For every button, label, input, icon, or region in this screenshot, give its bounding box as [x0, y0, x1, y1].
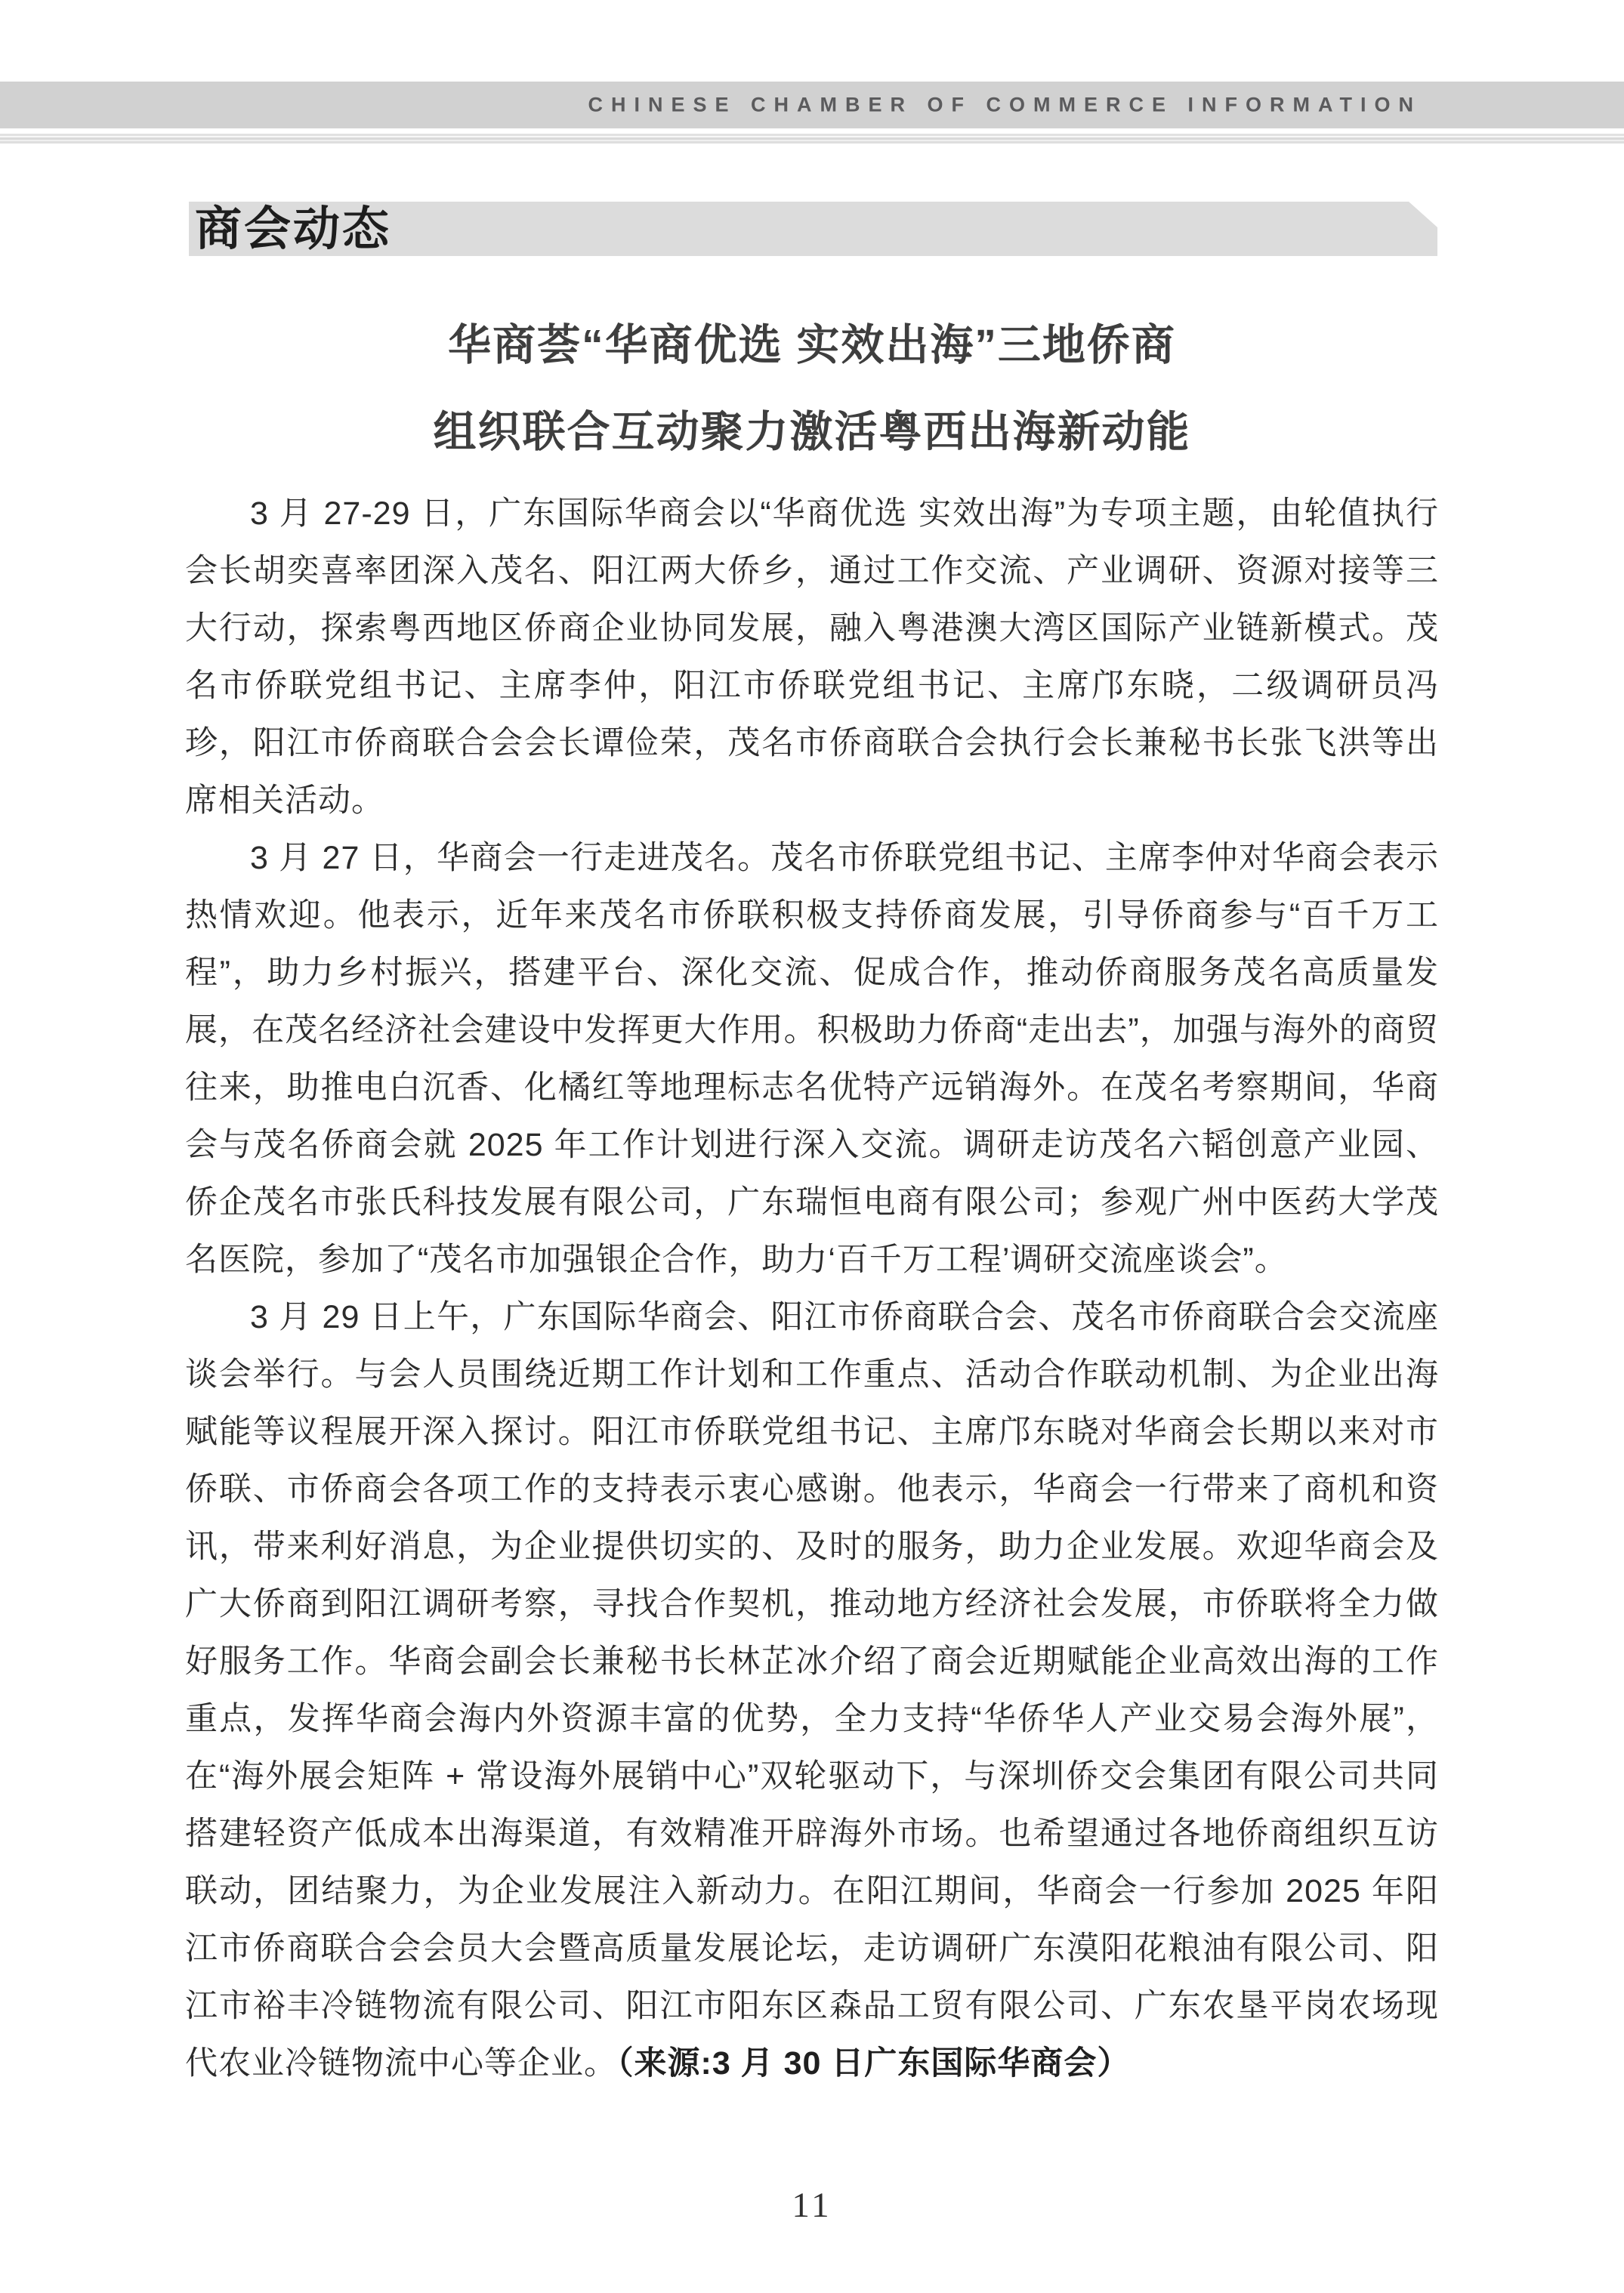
article-title: 华商荟“华商优选 实效出海”三地侨商 组织联合互动聚力激活粤西出海新动能 — [0, 302, 1624, 476]
article-title-line1: 华商荟“华商优选 实效出海”三地侨商 — [0, 302, 1624, 389]
article-source-note: （来源:3 月 30 日广东国际华商会） — [617, 2045, 1130, 2082]
section-banner: 商会动态 — [189, 202, 1437, 256]
paragraph-3: 3 月 29 日上午，广东国际华商会、阳江市侨商联合会、茂名市侨商联合会交流座谈… — [185, 1288, 1439, 2092]
page-number: 11 — [792, 2186, 832, 2225]
paragraph-3-text: 3 月 29 日上午，广东国际华商会、阳江市侨商联合会、茂名市侨商联合会交流座谈… — [185, 1299, 1439, 2082]
paragraph-2: 3 月 27 日，华商会一行走进茂名。茂名市侨联党组书记、主席李仲对华商会表示热… — [185, 829, 1439, 1288]
article-title-line2: 组织联合互动聚力激活粤西出海新动能 — [0, 389, 1624, 476]
paragraph-1: 3 月 27-29 日，广东国际华商会以“华商优选 实效出海”为专项主题，由轮值… — [185, 485, 1439, 829]
page-footer: 11 — [0, 2185, 1624, 2226]
header-divider-lines — [0, 134, 1624, 144]
section-label: 商会动态 — [189, 202, 1437, 258]
header-band-text: CHINESE CHAMBER OF COMMERCE INFORMATION — [588, 94, 1422, 117]
magazine-page: CHINESE CHAMBER OF COMMERCE INFORMATION … — [0, 0, 1624, 2293]
article-body: 3 月 27-29 日，广东国际华商会以“华商优选 实效出海”为专项主题，由轮值… — [185, 485, 1439, 2092]
page-header-band: CHINESE CHAMBER OF COMMERCE INFORMATION — [0, 82, 1624, 128]
